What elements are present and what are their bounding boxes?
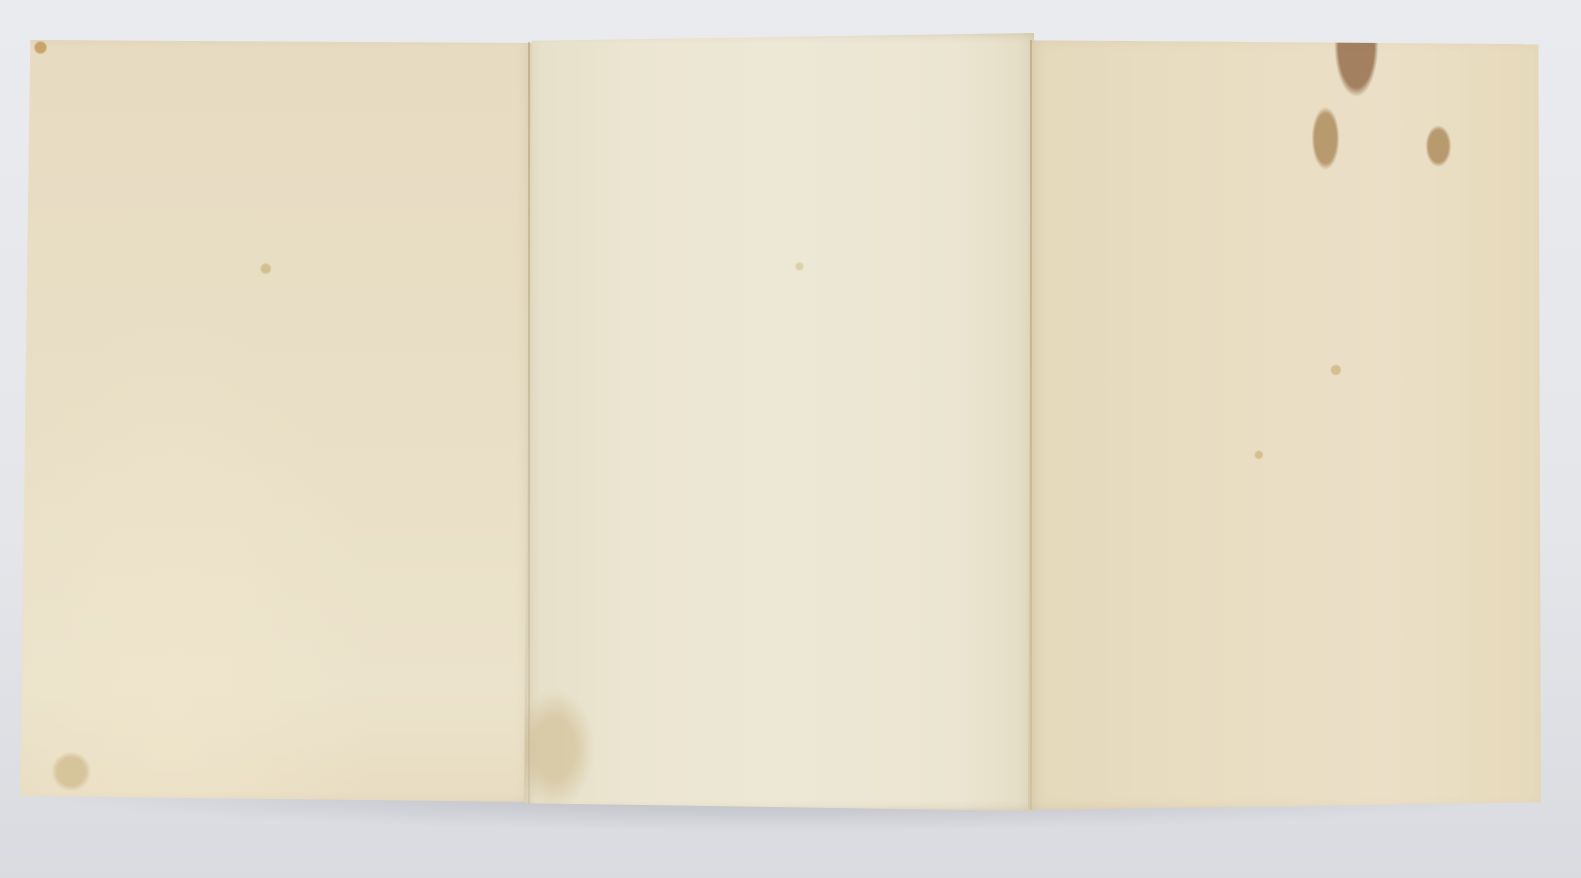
paper-panel-middle	[524, 33, 1034, 811]
paper-panel-left	[20, 40, 532, 802]
fold-crease-right	[1030, 40, 1032, 810]
photo-scene: Photograph of a blank, aged tri-fold pap…	[0, 0, 1581, 878]
fold-crease-left	[528, 42, 530, 804]
paper-panel-right	[1028, 38, 1541, 810]
